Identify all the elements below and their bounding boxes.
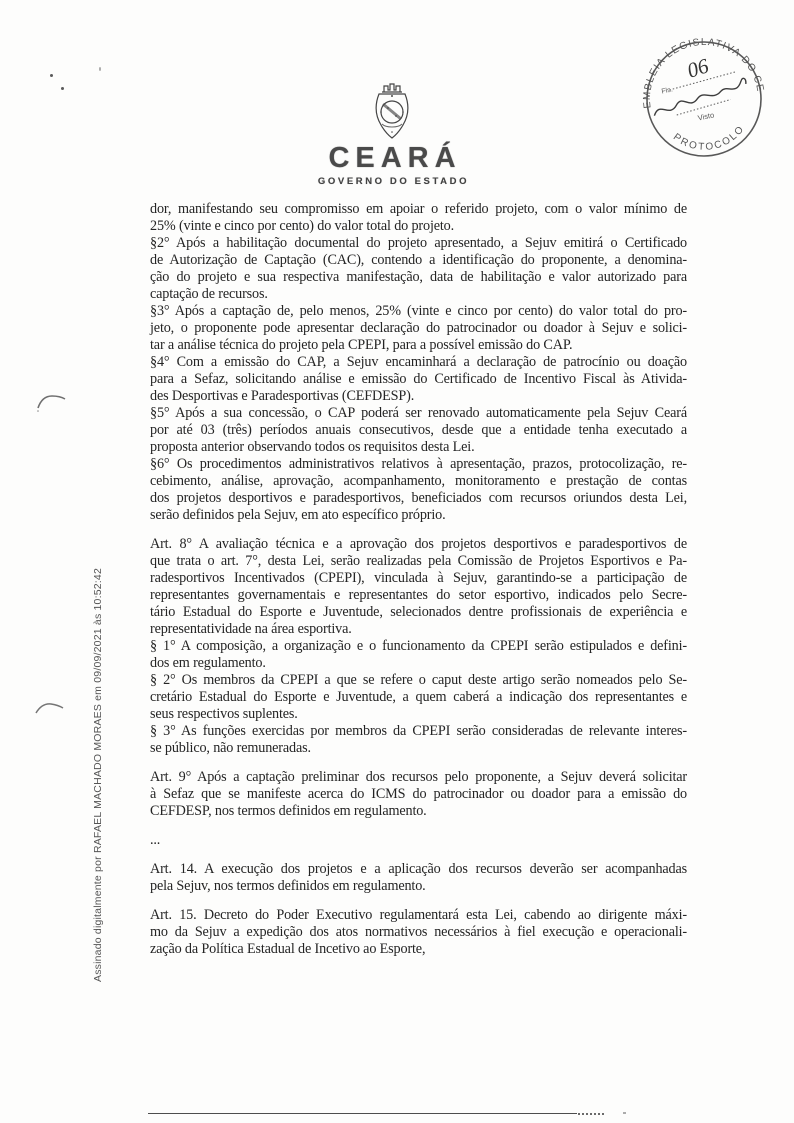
text-line: §5° Após a sua concessão, o CAP poderá s… bbox=[150, 405, 687, 422]
text-line: para a Sefaz, solicitando análise e emis… bbox=[150, 371, 687, 388]
text-line: CEFDESP, nos termos definidos em regulam… bbox=[150, 803, 687, 820]
bottom-rule-dashed-tail bbox=[578, 1113, 604, 1115]
text-line: pela Sejuv, nos termos definidos em regu… bbox=[150, 878, 687, 895]
paragraph: dor, manifestando seu compromisso em apo… bbox=[150, 201, 687, 235]
text-line: 25% (vinte e cinco por cento) do valor t… bbox=[150, 218, 687, 235]
scan-speck bbox=[50, 74, 53, 77]
text-line: §3° Após a captação de, pelo menos, 25% … bbox=[150, 303, 687, 320]
text-line: radesportivos Incentivados (CPEPI), vinc… bbox=[150, 570, 687, 587]
text-line: se público, não remuneradas. bbox=[150, 740, 687, 757]
stamp-page-number: 06 bbox=[684, 53, 712, 82]
bottom-rule bbox=[148, 1113, 577, 1114]
text-block: dor, manifestando seu compromisso em apo… bbox=[150, 201, 687, 524]
text-block: Art. 15. Decreto do Poder Executivo regu… bbox=[150, 907, 687, 958]
text-line: zação da Política Estadual de Incetivo a… bbox=[150, 941, 687, 958]
paragraph: Art. 8° A avaliação técnica e a aprovaçã… bbox=[150, 536, 687, 638]
text-line: à Sefaz que se manifeste acerca do ICMS … bbox=[150, 786, 687, 803]
margin-tick-mark bbox=[34, 700, 66, 718]
text-line: cebimento, análise, aprovação, acompanha… bbox=[150, 473, 687, 490]
protocol-stamp: ASSEMBLEIA LEGISLATIVA DO CEARÁ PROTOCOL… bbox=[629, 24, 778, 173]
text-line: § 1° A composição, a organização e o fun… bbox=[150, 638, 687, 655]
text-line: Art. 8° A avaliação técnica e a aprovaçã… bbox=[150, 536, 687, 553]
text-line: captação de recursos. bbox=[150, 286, 687, 303]
text-line: representatividade na área esportiva. bbox=[150, 621, 687, 638]
paragraph: Art. 14. A execução dos projetos e a apl… bbox=[150, 861, 687, 895]
text-block: Art. 9° Após a captação preliminar dos r… bbox=[150, 769, 687, 820]
text-line: Art. 9° Após a captação preliminar dos r… bbox=[150, 769, 687, 786]
text-line: representantes governamentais e represen… bbox=[150, 587, 687, 604]
paragraph: §4° Com a emissão do CAP, a Sejuv encami… bbox=[150, 354, 687, 405]
stamp-fls-label: Fls. bbox=[661, 86, 674, 95]
document-body: dor, manifestando seu compromisso em apo… bbox=[150, 201, 687, 970]
text-line: ção do projeto e sua respectiva manifest… bbox=[150, 269, 687, 286]
text-line: Art. 15. Decreto do Poder Executivo regu… bbox=[150, 907, 687, 924]
margin-tick-mark bbox=[36, 392, 68, 412]
paragraph: § 3° As funções exercidas por membros da… bbox=[150, 723, 687, 757]
text-line: jeto, o proponente pode apresentar decla… bbox=[150, 320, 687, 337]
text-block: Art. 14. A execução dos projetos e a apl… bbox=[150, 861, 687, 895]
text-line: §2° Após a habilitação documental do pro… bbox=[150, 235, 687, 252]
paragraph: ... bbox=[150, 832, 687, 849]
paragraph: § 2° Os membros da CPEPI a que se refere… bbox=[150, 672, 687, 723]
stamp-visto-label: Visto bbox=[697, 110, 715, 122]
scan-speck bbox=[99, 67, 101, 71]
scan-speck bbox=[61, 87, 64, 90]
scan-speck bbox=[623, 1112, 626, 1114]
text-line: Art. 14. A execução dos projetos e a apl… bbox=[150, 861, 687, 878]
paragraph: §2° Após a habilitação documental do pro… bbox=[150, 235, 687, 303]
logo-title: CEARÁ bbox=[311, 142, 479, 175]
logo-subtitle: GOVERNO DO ESTADO bbox=[308, 176, 479, 187]
handwritten-signature-icon bbox=[651, 78, 749, 116]
paragraph: §6° Os procedimentos administrativos rel… bbox=[150, 456, 687, 524]
scanned-document-page: CEARÁ GOVERNO DO ESTADO ASSEMBLEIA LEGIS… bbox=[0, 0, 794, 1123]
text-line: § 3° As funções exercidas por membros da… bbox=[150, 723, 687, 740]
text-line: cretário Estadual do Esporte e Juventude… bbox=[150, 689, 687, 706]
text-line: de Autorização de Captação (CAC), conten… bbox=[150, 252, 687, 269]
text-line: que trata o art. 7°, desta Lei, serão re… bbox=[150, 553, 687, 570]
paragraph: § 1° A composição, a organização e o fun… bbox=[150, 638, 687, 672]
paragraph: §5° Após a sua concessão, o CAP poderá s… bbox=[150, 405, 687, 456]
text-line: mo da Sejuv a expedição dos atos normati… bbox=[150, 924, 687, 941]
text-line: §4° Com a emissão do CAP, a Sejuv encami… bbox=[150, 354, 687, 371]
text-block: Art. 8° A avaliação técnica e a aprovaçã… bbox=[150, 536, 687, 757]
text-line: dos em regulamento. bbox=[150, 655, 687, 672]
paragraph: §3° Após a captação de, pelo menos, 25% … bbox=[150, 303, 687, 354]
text-block: ... bbox=[150, 832, 687, 849]
text-line: proposta anterior observando todos os re… bbox=[150, 439, 687, 456]
digital-signature-note: Assinado digitalmente por RAFAEL MACHADO… bbox=[92, 580, 104, 982]
paragraph: Art. 9° Após a captação preliminar dos r… bbox=[150, 769, 687, 820]
ceara-state-logo: CEARÁ GOVERNO DO ESTADO bbox=[305, 82, 479, 187]
text-line: por até 03 (três) períodos anuais consec… bbox=[150, 422, 687, 439]
text-line: § 2° Os membros da CPEPI a que se refere… bbox=[150, 672, 687, 689]
paragraph: Art. 15. Decreto do Poder Executivo regu… bbox=[150, 907, 687, 958]
text-line: §6° Os procedimentos administrativos rel… bbox=[150, 456, 687, 473]
text-line: ... bbox=[150, 832, 687, 849]
ceara-coat-of-arms-icon bbox=[369, 82, 415, 140]
text-line: dor, manifestando seu compromisso em apo… bbox=[150, 201, 687, 218]
text-line: des Desportivas e Paradesportivas (CEFDE… bbox=[150, 388, 687, 405]
text-line: seus respectivos suplentes. bbox=[150, 706, 687, 723]
text-line: tário Estadual do Esporte e Juventude, s… bbox=[150, 604, 687, 621]
text-line: tar a análise técnica do projeto pela CP… bbox=[150, 337, 687, 354]
text-line: dos projetos desportivos e paradesportiv… bbox=[150, 490, 687, 507]
text-line: serão definidos pela Sejuv, em ato espec… bbox=[150, 507, 687, 524]
